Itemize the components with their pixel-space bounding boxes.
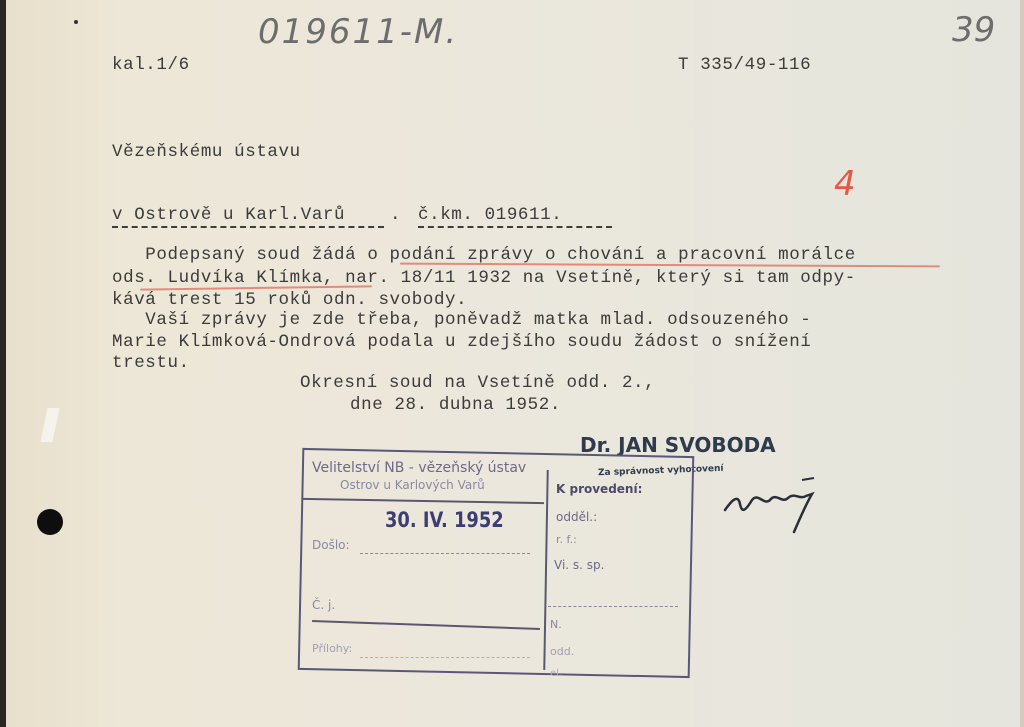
stamp-institution-line1: Velitelství NB - vězeňský ústav (312, 460, 526, 476)
stamp-col2-vi: Vi. s. sp. (554, 558, 604, 572)
stamp-col2-rf: r. f.: (556, 533, 577, 546)
reference-right: T 335/49-116 (678, 55, 811, 75)
closing-court: Okresní soud na Vsetíně odd. 2., (300, 373, 655, 393)
stamp-field-prilohy: Přílohy: (312, 642, 352, 655)
stamp-col2-oddel: odděl.: (556, 510, 597, 524)
addressee-line1: Vězeňskému ústavu (112, 142, 301, 162)
document-page: 019611-M. 39 kal.1/6 T 335/49-116 Vězeňs… (0, 0, 1024, 727)
paper-tear (40, 408, 59, 442)
body-line-4: Vaší zprávy je zde třeba, poněvadž matka… (112, 310, 811, 330)
body-line-6: trestu. (112, 353, 190, 373)
scan-edge-left (0, 0, 6, 727)
addressee-separator: . (390, 205, 401, 225)
handwritten-file-number: 019611-M. (258, 12, 458, 52)
ink-dot (74, 20, 78, 24)
stamp-received-date: 30. IV. 1952 (385, 508, 504, 532)
closing-date: dne 28. dubna 1952. (350, 395, 561, 415)
stamp-col2-n: N. (550, 618, 562, 631)
stamp-institution-line2: Ostrov u Karlových Varů (340, 478, 485, 492)
body-line-1: Podepsaný soud žádá o podání zprávy o ch… (112, 245, 856, 265)
stamp-col2-title: K provedení: (556, 482, 642, 496)
stamp-dotted-line (360, 657, 530, 658)
handwritten-signature (720, 470, 830, 540)
stamp-dotted-line (548, 606, 678, 607)
reference-left: kal.1/6 (112, 55, 190, 75)
stamp-field-cj: Č. j. (312, 598, 335, 612)
red-underline-request (400, 263, 940, 268)
body-line-2: ods. Ludvíka Klímka, nar. 18/11 1932 na … (112, 268, 856, 288)
red-handwritten-mark: 4 (834, 164, 856, 204)
scan-edge-right (1020, 0, 1024, 727)
addressee-reference: č.km. 019611. (418, 205, 562, 225)
body-line-3: kává trest 15 roků odn. svobody. (112, 290, 467, 310)
handwritten-page-number: 39 (952, 10, 995, 50)
addressee-place: v Ostrově u Karl.Varů (112, 205, 345, 225)
punch-hole (37, 509, 63, 535)
stamp-field-doslo: Došlo: (312, 538, 350, 552)
stamp-col2-el: el. (550, 668, 562, 679)
stamp-dotted-line (360, 553, 530, 554)
stamp-col2-odd: odd. (550, 645, 574, 658)
underline-place (112, 226, 384, 228)
body-line-5: Marie Klímková-Ondrová podala u zdejšího… (112, 332, 811, 352)
underline-reference (418, 226, 612, 228)
